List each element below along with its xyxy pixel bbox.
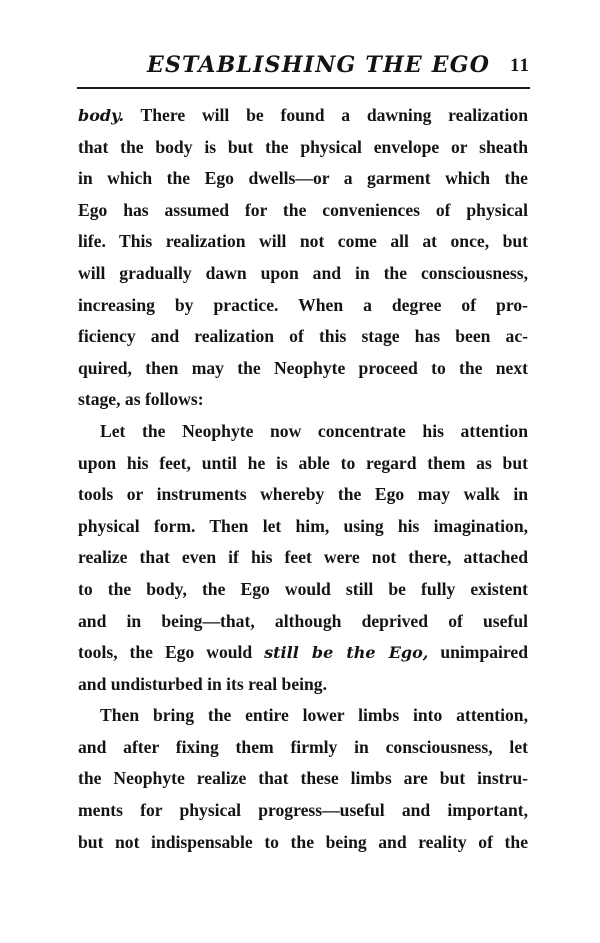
text-line: that the body is but the physical envelo… xyxy=(78,132,528,164)
text-line: tools or instruments whereby the Ego may… xyxy=(78,479,528,511)
text-line: ments for physical progress—useful and i… xyxy=(78,795,528,827)
text-line: quired, then may the Neophyte proceed to… xyxy=(78,353,528,385)
text-line: and after fixing them firmly in consciou… xyxy=(78,732,528,764)
text-line: tools, the Ego would still be the Ego, u… xyxy=(78,637,528,669)
running-title: ESTABLISHING THE EGO xyxy=(147,50,467,80)
text-line: realize that even if his feet were not t… xyxy=(78,542,528,574)
page-number: 11 xyxy=(510,52,530,80)
text-line: Then bring the entire lower limbs into a… xyxy=(78,700,528,732)
text-line: stage, as follows: xyxy=(78,384,528,416)
text-line: body. There will be found a dawning real… xyxy=(78,100,528,132)
italic-emphasis: body. xyxy=(78,106,124,125)
text-line: Ego has assumed for the conveniences of … xyxy=(78,195,528,227)
text-line: but not indispensable to the being and r… xyxy=(78,827,528,859)
text-line: upon his feet, until he is able to regar… xyxy=(78,448,528,480)
italic-emphasis: still be the Ego, xyxy=(264,643,428,662)
book-page: ESTABLISHING THE EGO 11 body. There will… xyxy=(0,0,600,943)
running-header: ESTABLISHING THE EGO 11 xyxy=(77,50,530,84)
body-text: body. There will be found a dawning real… xyxy=(78,100,528,858)
text-line: the Neophyte realize that these limbs ar… xyxy=(78,763,528,795)
text-line: in which the Ego dwells—or a garment whi… xyxy=(78,163,528,195)
text-line: physical form. Then let him, using his i… xyxy=(78,511,528,543)
header-rule xyxy=(77,87,530,89)
text-line: will gradually dawn upon and in the cons… xyxy=(78,258,528,290)
text-line: to the body, the Ego would still be full… xyxy=(78,574,528,606)
text-line: and undisturbed in its real being. xyxy=(78,669,528,701)
text-line: and in being—that, although deprived of … xyxy=(78,606,528,638)
text-line: life. This realization will not come all… xyxy=(78,226,528,258)
text-line: increasing by practice. When a degree of… xyxy=(78,290,528,322)
text-line: Let the Neophyte now concentrate his att… xyxy=(78,416,528,448)
text-line: ficiency and realization of this stage h… xyxy=(78,321,528,353)
